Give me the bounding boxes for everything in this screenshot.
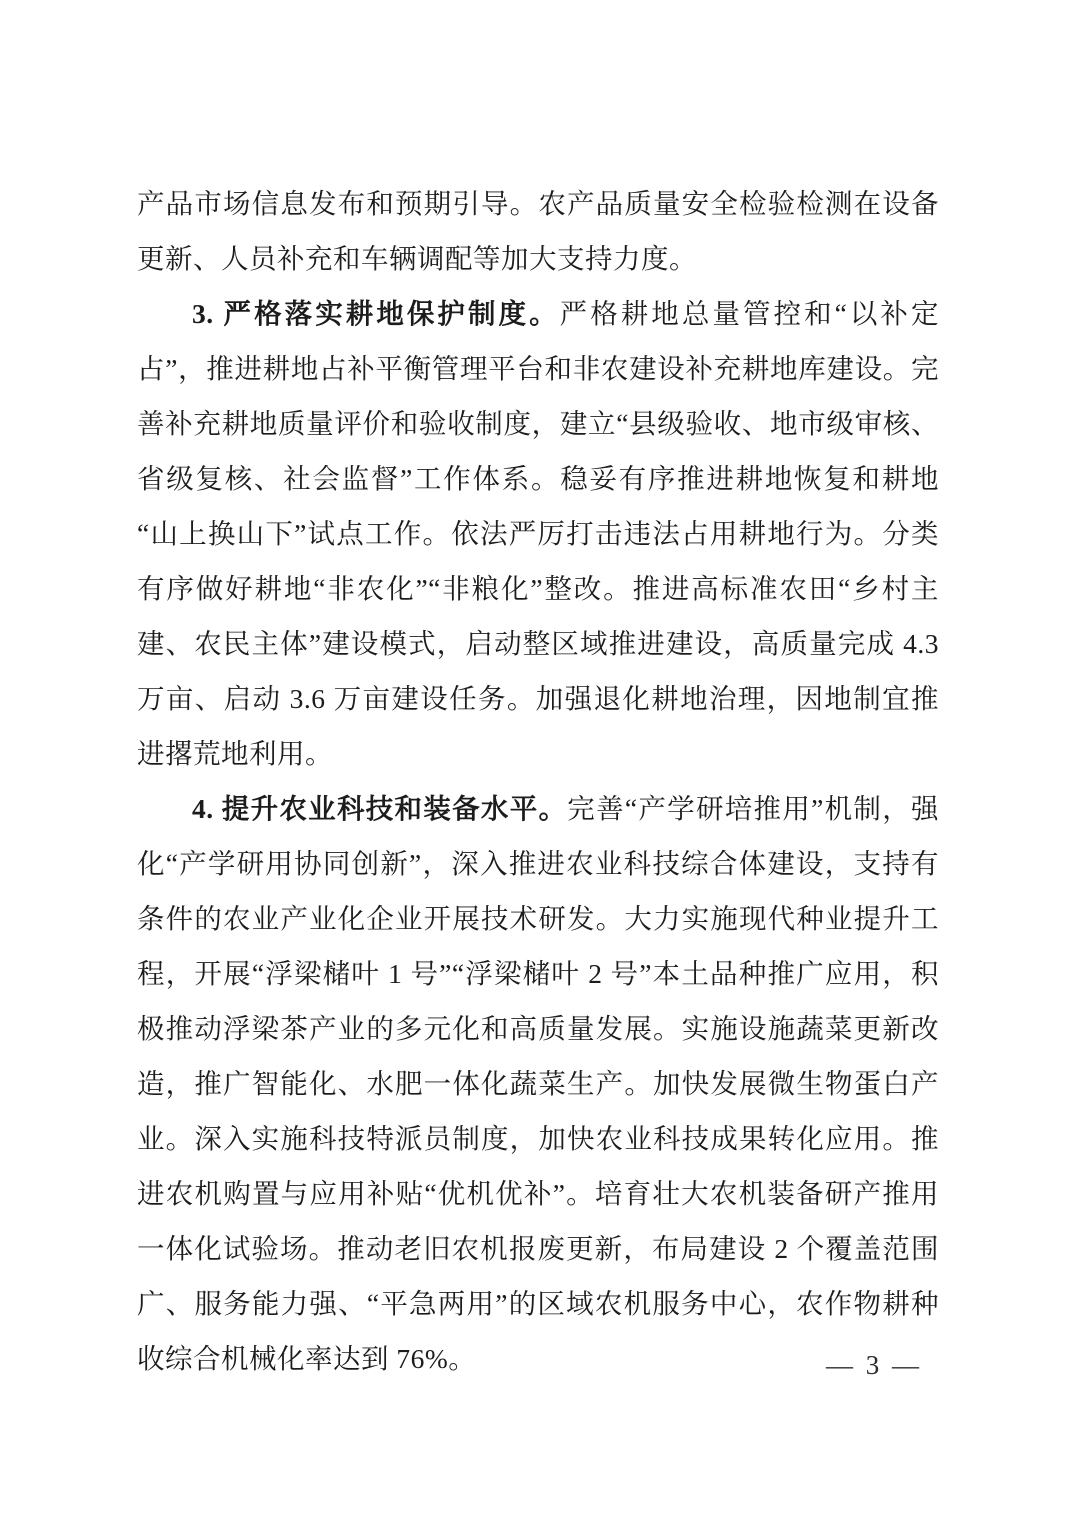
document-body: 产品市场信息发布和预期引导。农产品质量安全检验检测在设备更新、人员补充和车辆调配… bbox=[137, 176, 939, 1386]
page-number: — 3 — bbox=[826, 1350, 922, 1380]
paragraph-text: 严格耕地总量管控和“以补定占”，推进耕地占补平衡管理平台和非农建设补充耕地库建设… bbox=[137, 298, 939, 769]
paragraph-text: 产品市场信息发布和预期引导。农产品质量安全检验检测在设备更新、人员补充和车辆调配… bbox=[137, 188, 939, 274]
paragraph-lead: 3. 严格落实耕地保护制度。 bbox=[192, 298, 560, 329]
document-page: 产品市场信息发布和预期引导。农产品质量安全检验检测在设备更新、人员补充和车辆调配… bbox=[0, 0, 1074, 1520]
paragraph-continuation: 产品市场信息发布和预期引导。农产品质量安全检验检测在设备更新、人员补充和车辆调配… bbox=[137, 176, 939, 286]
paragraph-lead: 4. 提升农业科技和装备水平。 bbox=[192, 793, 567, 824]
paragraph-item-4: 4. 提升农业科技和装备水平。完善“产学研培推用”机制，强化“产学研用协同创新”… bbox=[137, 781, 939, 1386]
page-number-text: — 3 — bbox=[826, 1350, 922, 1380]
paragraph-text: 完善“产学研培推用”机制，强化“产学研用协同创新”，深入推进农业科技综合体建设，… bbox=[137, 793, 939, 1374]
paragraph-item-3: 3. 严格落实耕地保护制度。严格耕地总量管控和“以补定占”，推进耕地占补平衡管理… bbox=[137, 286, 939, 781]
